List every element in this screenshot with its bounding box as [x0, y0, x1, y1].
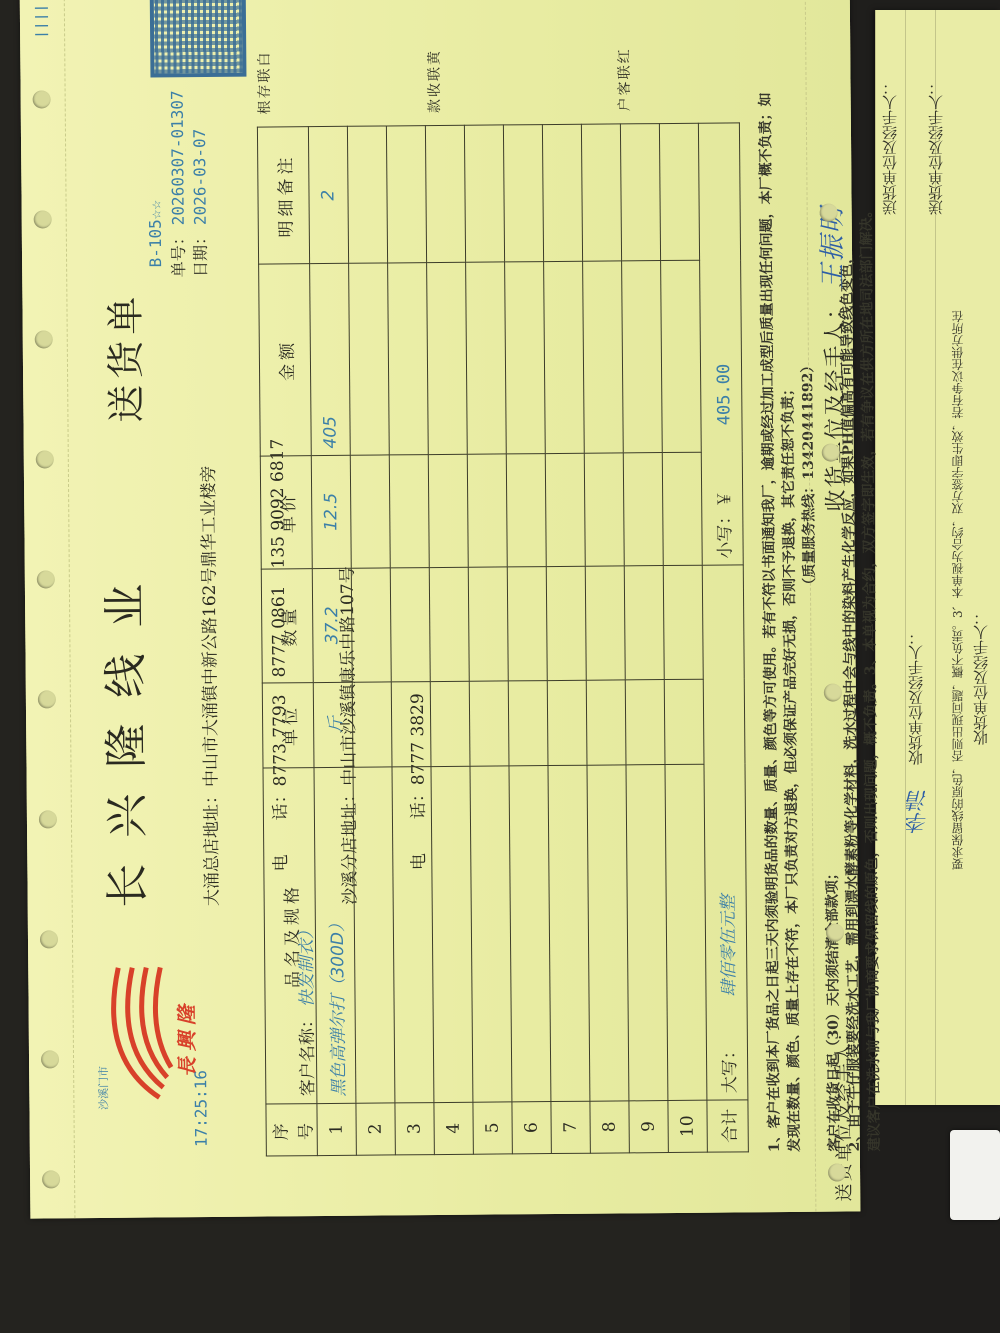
stack-note-fragment: 要求保留线的原色，否则出现问题，概不负责。3、本单视为合约，双方签字即生效，若有…: [949, 310, 966, 870]
copy-yellow-label: 黄联收款: [426, 51, 443, 115]
table-header-row: 序号 品名及规格 单位 数量 单价 金额 明细备注: [257, 127, 317, 1156]
code-id: B-105☆☆: [146, 200, 166, 268]
perforation-hole: [33, 90, 51, 108]
total-figure-cell: 小写：￥ 405.00: [698, 123, 743, 565]
total-figure: 405.00: [713, 364, 734, 426]
copy-white-label: 白联存根: [256, 52, 273, 116]
address-row: 大涌总店地址：中山市大涌镇中新公路162号鼎华工业楼旁: [198, 439, 225, 907]
total-words-cell: 大写： 肆佰零伍元整: [702, 565, 748, 1100]
stack-sender-label: 送货单位及经手人：: [879, 80, 900, 215]
date-label: 日期：: [191, 229, 210, 277]
perforation-hole: [828, 1163, 846, 1181]
col-no: 序号: [266, 1103, 317, 1156]
order-no-label: 单号：: [169, 229, 188, 277]
date-value: 2026-03-07: [190, 129, 210, 225]
total-row: 合计 大写： 肆佰零伍元整 小写：￥ 405.00: [698, 123, 748, 1152]
delivery-note-paper: ||||| 沙溪门市 長興隆 17:25:16 长兴隆线业 送货单: [20, 0, 861, 1219]
order-no: 20260307-01307: [168, 90, 188, 225]
col-qty: 数量: [261, 569, 313, 683]
qr-code-icon: [150, 0, 247, 78]
col-name: 品名及规格: [263, 767, 317, 1103]
order-meta: 单号：20260307-01307 日期：2026-03-07: [167, 90, 213, 277]
col-price: 单价: [260, 455, 312, 569]
receipt-header: 沙溪门市 長興隆 17:25:16 长兴隆线业 送货单 大涌总店地址：中山市大涌…: [74, 37, 254, 1158]
total-words-label: 大写：: [719, 1042, 739, 1093]
perforation-hole: [822, 444, 840, 462]
perforation-hole: [35, 330, 53, 348]
receipt-stack: 送货单位及经手人： 送货单位及经手人： 要求保留线的原色，否则出现问题，概不负责…: [875, 10, 1000, 1105]
col-amount: 金额: [259, 264, 312, 456]
delivery-note: ||||| 沙溪门市 長興隆 17:25:16 长兴隆线业 送货单: [20, 0, 861, 1219]
company-name: 长兴隆线业: [89, 558, 156, 909]
logo-text: 長興隆: [171, 999, 201, 1077]
document-type: 送货单: [94, 291, 150, 423]
perforation-hole: [37, 570, 55, 588]
items-table: 序号 品名及规格 单位 数量 单价 金额 明细备注 1 黑色高弹尔打（300D）…: [257, 122, 749, 1156]
perforation-hole: [40, 930, 58, 948]
perforation-hole: [826, 923, 844, 941]
perforation-hole: [820, 204, 838, 222]
branch-tag: 沙溪门市: [95, 1066, 111, 1110]
col-unit: 单位: [262, 682, 314, 768]
stack-receiver-label: 收货单位及经手人：: [905, 630, 926, 765]
stack-receiver-label-2: 收货单位及经手人：: [970, 610, 991, 745]
total-words: 肆佰零伍元整: [718, 895, 739, 997]
stack-sender-label-2: 送货单位及经手人：: [925, 80, 946, 215]
perforation-strip-top: |||||: [20, 0, 76, 1219]
stack-receiver-signature: 李清: [903, 790, 934, 834]
copy-red-label: 红联客户: [616, 49, 633, 113]
perforation-hole: [38, 690, 56, 708]
total-label: 合计: [707, 1100, 748, 1153]
print-time: 17:25:16: [191, 1070, 211, 1147]
company-logo: 沙溪门市 長興隆: [88, 957, 199, 1118]
perforation-hole: [34, 210, 52, 228]
perforation-hole: [41, 1050, 59, 1068]
perforation-hole: [824, 683, 842, 701]
perforation-hole: [42, 1170, 60, 1188]
perforation-hole: [36, 450, 54, 468]
total-figure-label: 小写：￥: [715, 491, 736, 559]
perforation-hole: [39, 810, 57, 828]
paper-card: [950, 1130, 1000, 1220]
col-note: 明细备注: [257, 127, 309, 265]
print-code-mark: |||||: [34, 0, 49, 39]
